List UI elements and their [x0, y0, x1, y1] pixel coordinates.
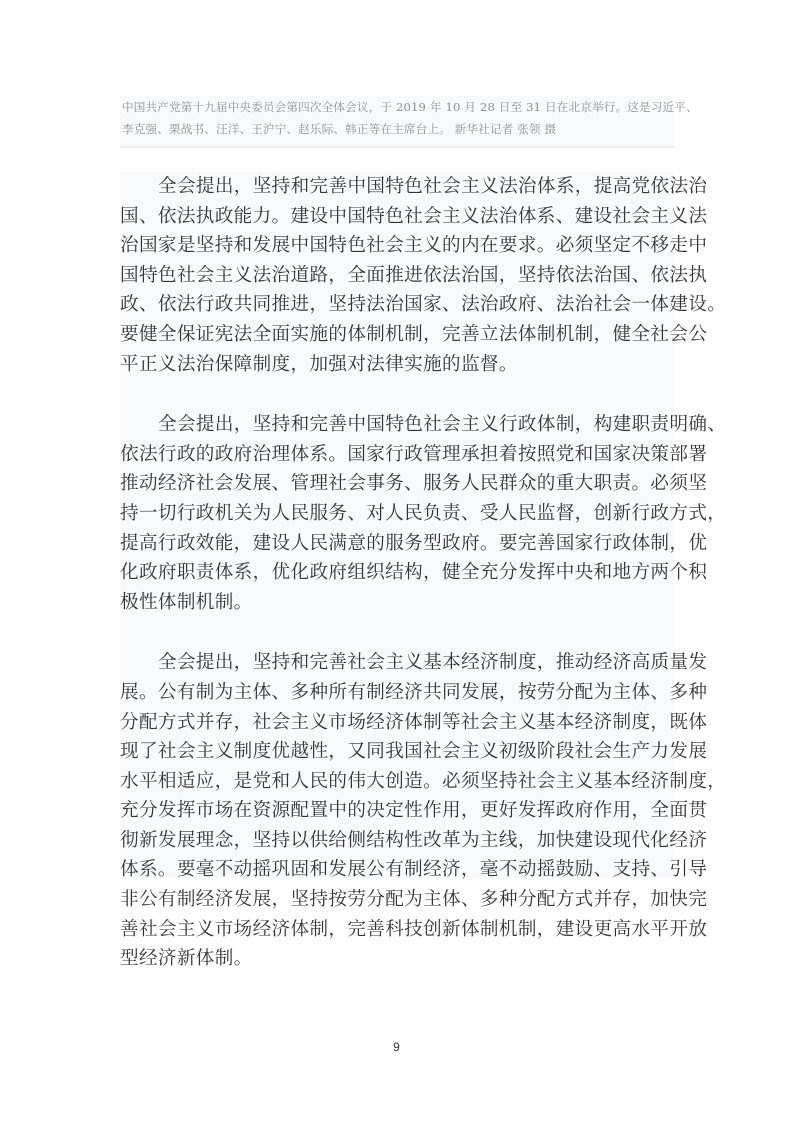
text-line: 水平相适应，是党和人民的伟大创造。必须坚持社会主义基本经济制度， — [120, 767, 674, 797]
text-line: 推动经济社会发展、管理社会事务、服务人民群众的重大职责。必须坚 — [120, 469, 674, 499]
text-line: 充分发挥市场在资源配置中的决定性作用，更好发挥政府作用，全面贯 — [120, 796, 674, 826]
text-line: 型经济新体制。 — [120, 944, 674, 974]
text-line: 依法行政的政府治理体系。国家行政管理承担着按照党和国家决策部署 — [120, 440, 674, 470]
text-line: 政、依法行政共同推进，坚持法治国家、法治政府、法治社会一体建设。 — [120, 290, 674, 320]
text-line: 非公有制经济发展，坚持按劳分配为主体、多种分配方式并存，加快完 — [120, 885, 674, 915]
text-line: 善社会主义市场经济体制，完善科技创新体制机制，建设更高水平开放 — [120, 915, 674, 945]
page-number: 9 — [0, 1040, 793, 1054]
text-line: 分配方式并存，社会主义市场经济体制等社会主义基本经济制度，既体 — [120, 708, 674, 738]
text-line: 平正义法治保障制度，加强对法律实施的监督。 — [120, 350, 674, 380]
text-line: 全会提出，坚持和完善社会主义基本经济制度，推动经济高质量发 — [120, 648, 674, 678]
caption-line: 李克强、栗战书、汪洋、王沪宁、赵乐际、韩正等在主席台上。 新华社记者 张领 摄 — [122, 118, 674, 140]
text-line: 化政府职责体系，优化政府组织结构，健全充分发挥中央和地方两个积 — [120, 558, 674, 588]
text-line: 彻新发展理念，坚持以供给侧结构性改革为主线，加快建设现代化经济 — [120, 826, 674, 856]
text-line: 国特色社会主义法治道路，全面推进依法治国，坚持依法治国、依法执 — [120, 261, 674, 291]
paragraph-spacer — [120, 617, 674, 648]
paragraph-administration: 全会提出，坚持和完善中国特色社会主义行政体制，构建职责明确、 依法行政的政府治理… — [120, 410, 674, 617]
text-line: 极性体制机制。 — [120, 588, 674, 618]
text-line: 治国家是坚持和发展中国特色社会主义的内在要求。必须坚定不移走中 — [120, 231, 674, 261]
text-line: 国、依法执政能力。建设中国特色社会主义法治体系、建设社会主义法 — [120, 202, 674, 232]
text-line: 现了社会主义制度优越性，又同我国社会主义初级阶段社会生产力发展 — [120, 737, 674, 767]
text-line: 要健全保证宪法全面实施的体制机制，完善立法体制机制，健全社会公 — [120, 320, 674, 350]
text-line: 持一切行政机关为人民服务、对人民负责、受人民监督，创新行政方式， — [120, 499, 674, 529]
article-body: 全会提出，坚持和完善中国特色社会主义法治体系，提高党依法治 国、依法执政能力。建… — [120, 172, 674, 878]
text-line: 体系。要毫不动摇巩固和发展公有制经济，毫不动摇鼓励、支持、引导 — [120, 855, 674, 885]
photo-caption: 中国共产党第十九届中央委员会第四次全体会议，于 2019 年 10 月 28 日… — [120, 96, 674, 148]
text-line: 全会提出，坚持和完善中国特色社会主义法治体系，提高党依法治 — [120, 172, 674, 202]
caption-line: 中国共产党第十九届中央委员会第四次全体会议，于 2019 年 10 月 28 日… — [122, 96, 674, 118]
paragraph-rule-of-law: 全会提出，坚持和完善中国特色社会主义法治体系，提高党依法治 国、依法执政能力。建… — [120, 172, 674, 379]
text-line: 展。公有制为主体、多种所有制经济共同发展，按劳分配为主体、多种 — [120, 678, 674, 708]
paragraph-spacer — [120, 379, 674, 410]
paragraph-economic-system: 全会提出，坚持和完善社会主义基本经济制度，推动经济高质量发 展。公有制为主体、多… — [120, 648, 674, 974]
text-line: 全会提出，坚持和完善中国特色社会主义行政体制，构建职责明确、 — [120, 410, 674, 440]
text-line: 提高行政效能，建设人民满意的服务型政府。要完善国家行政体制，优 — [120, 529, 674, 559]
